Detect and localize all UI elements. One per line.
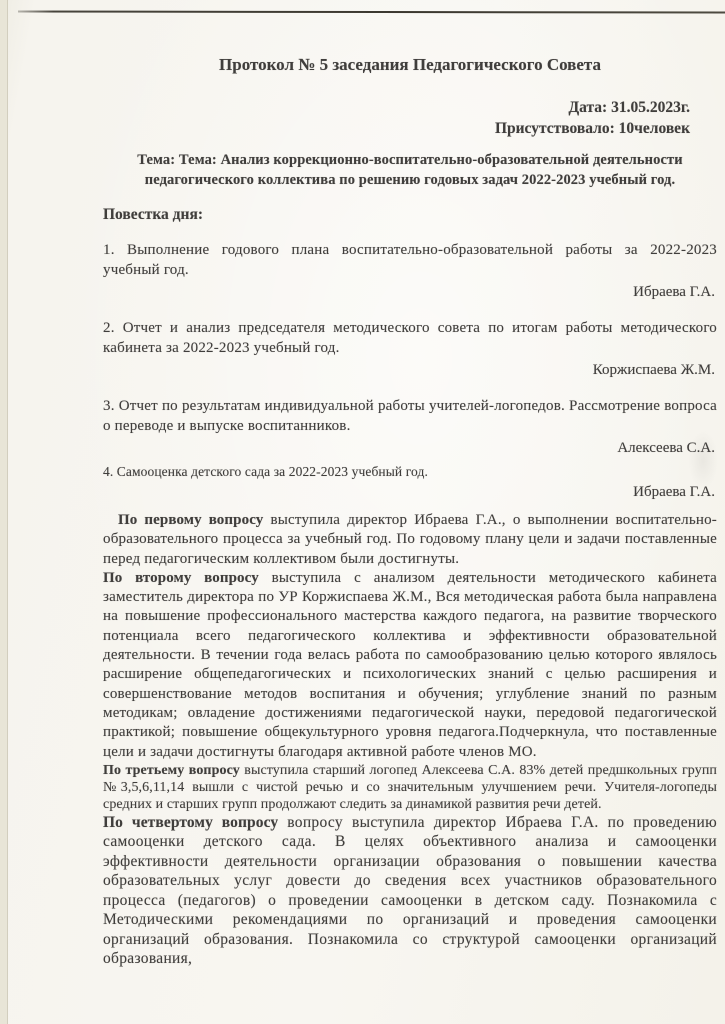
agenda-item-text: 1. Выполнение годового плана воспитатель… — [103, 241, 717, 280]
agenda-item-text: 3. Отчет по результатам индивидуальной р… — [103, 397, 717, 436]
paragraph-text: выступила с анализом деятельности методи… — [103, 570, 717, 760]
agenda-item-speaker: Ибраева Г.А. — [103, 283, 715, 302]
agenda-item-text: 2. Отчет и анализ председателя методичес… — [103, 319, 717, 358]
meta-block: Дата: 31.05.2023г. Присутствовало: 10чел… — [103, 97, 690, 139]
document-title: Протокол № 5 заседания Педагогического С… — [103, 54, 717, 75]
minutes-paragraph: По третьему вопросу выступила старший ло… — [103, 762, 717, 813]
agenda-list: 1. Выполнение годового плана воспитатель… — [103, 241, 717, 502]
paragraph-lead: По первому вопросу — [118, 512, 263, 528]
document-content: Протокол № 5 заседания Педагогического С… — [0, 0, 725, 969]
agenda-item: 1. Выполнение годового плана воспитатель… — [103, 241, 717, 302]
minutes-paragraph: По первому вопросу выступила директор Иб… — [103, 511, 717, 569]
paragraph-lead: По второму вопросу — [103, 570, 259, 586]
date-line: Дата: 31.05.2023г. — [103, 97, 690, 118]
agenda-heading: Повестка дня: — [103, 206, 717, 224]
minutes-paragraph: По четвертому вопросу вопросу выступила … — [103, 813, 717, 969]
paragraph-text: вопросу выступила директор Ибраева Г.А. … — [103, 814, 717, 968]
agenda-item: 2. Отчет и анализ председателя методичес… — [103, 319, 717, 380]
agenda-item-speaker: Алексеева С.А. — [103, 439, 715, 458]
agenda-item: 4. Самооценка детского сада за 2022-2023… — [103, 463, 717, 502]
paragraph-lead: По четвертому вопросу — [103, 814, 278, 831]
minutes-paragraph: По второму вопросу выступила с анализом … — [103, 569, 717, 762]
attendance-line: Присутствовало: 10человек — [103, 118, 690, 139]
agenda-item: 3. Отчет по результатам индивидуальной р… — [103, 397, 717, 458]
scanned-document-page: Протокол № 5 заседания Педагогического С… — [0, 0, 725, 1024]
agenda-item-speaker: Ибраева Г.А. — [103, 483, 715, 502]
theme-line: Тема: Тема: Анализ коррекционно-воспитат… — [110, 150, 710, 190]
agenda-item-text: 4. Самооценка детского сада за 2022-2023… — [103, 463, 717, 480]
agenda-item-speaker: Коржиспаева Ж.М. — [103, 361, 715, 380]
paragraph-lead: По третьему вопросу — [103, 763, 240, 778]
minutes-body: По первому вопросу выступила директор Иб… — [103, 511, 717, 969]
